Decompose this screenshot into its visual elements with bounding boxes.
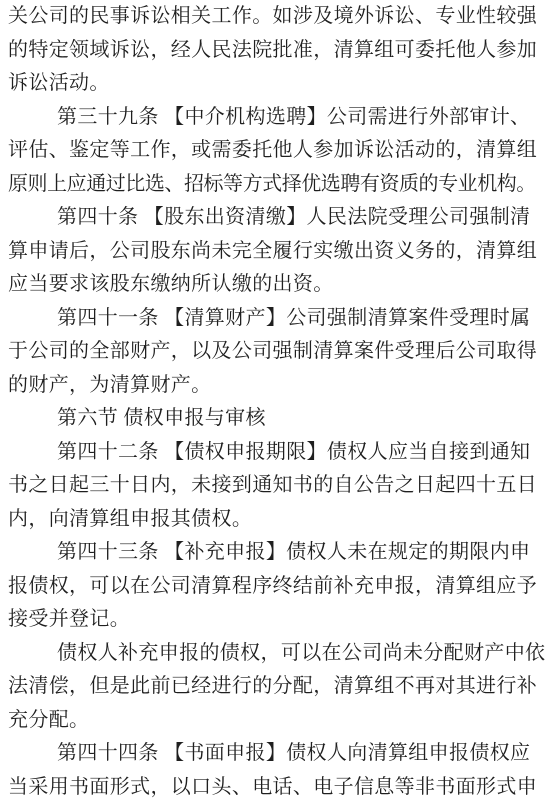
text-line: 内，向清算组申报其债权。 [8,503,545,537]
text-line: 应当要求该股东缴纳所认缴的出资。 [8,268,545,302]
text-line: 原则上应通过比选、招标等方式择优选聘有资质的专业机构。 [8,168,545,202]
text-line: 第六节 债权申报与审核 [8,402,545,436]
text-line: 报债权，可以在公司清算程序终结前补充申报，清算组应予 [8,570,545,604]
text-line: 关公司的民事诉讼相关工作。如涉及境外诉讼、专业性较强 [8,0,545,34]
text-line: 算申请后，公司股东尚未完全履行实缴出资义务的，清算组 [8,235,545,269]
text-line: 第四十二条 【债权申报期限】债权人应当自接到通知 [8,436,545,470]
text-line: 诉讼活动。 [8,67,545,101]
text-line: 评估、鉴定等工作，或需委托他人参加诉讼活动的，清算组 [8,134,545,168]
text-line: 书之日起三十日内，未接到通知书的自公告之日起四十五日 [8,469,545,503]
text-line: 法清偿，但是此前已经进行的分配，清算组不再对其进行补 [8,670,545,704]
text-line: 接受并登记。 [8,603,545,637]
text-line: 的财产，为清算财产。 [8,369,545,403]
text-line: 第四十条 【股东出资清缴】人民法院受理公司强制清 [8,201,545,235]
text-line: 于公司的全部财产，以及公司强制清算案件受理后公司取得 [8,335,545,369]
text-line: 第四十四条 【书面申报】债权人向清算组申报债权应 [8,737,545,771]
text-line: 当采用书面形式，以口头、电话、电子信息等非书面形式申 [8,771,545,804]
text-line: 第四十三条 【补充申报】债权人未在规定的期限内申 [8,536,545,570]
text-line: 第四十一条 【清算财产】公司强制清算案件受理时属 [8,302,545,336]
document-page: 关公司的民事诉讼相关工作。如涉及境外诉讼、专业性较强的特定领域诉讼，经人民法院批… [8,0,545,804]
text-line: 债权人补充申报的债权，可以在公司尚未分配财产中依 [8,637,545,671]
text-line: 的特定领域诉讼，经人民法院批准，清算组可委托他人参加 [8,34,545,68]
text-line: 充分配。 [8,704,545,738]
text-line: 第三十九条 【中介机构选聘】公司需进行外部审计、 [8,101,545,135]
